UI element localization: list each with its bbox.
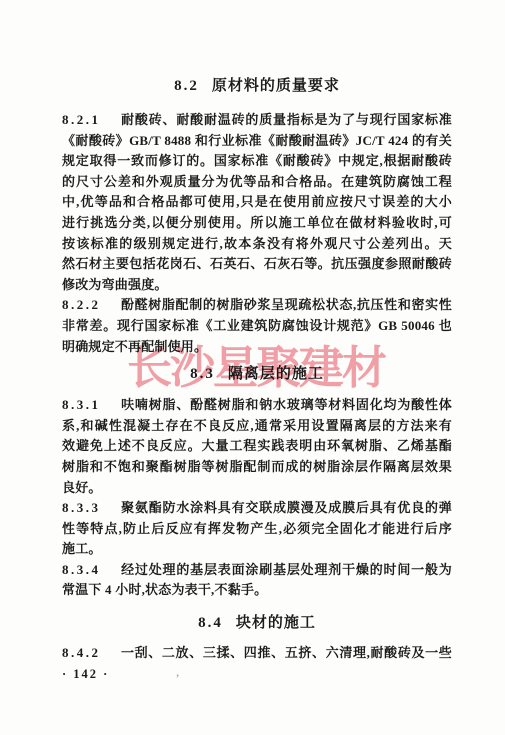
section-title: 块材的施工 [236, 615, 316, 631]
page-number: · 142 · [62, 665, 452, 683]
text-line: 8.3.3聚氨酯防水涂料具有交联成膜漫及成膜后具有优良的弹 [62, 498, 452, 519]
line-text: 耐酸砖、耐酸耐温砖的质量指标是为了与现行国家标准 [121, 112, 453, 127]
text-line: 修改为弯曲强度。 [62, 275, 452, 296]
section-title: 原材料的质量要求 [212, 78, 340, 94]
paragraph: 8.2.2酚醛树脂配制的树脂砂浆呈现疏松状态,抗压性和密实性非常差。现行国家标准… [62, 295, 452, 357]
text-line: 效避免上述不良反应。大量工程实践表明由环氧树脂、乙烯基酯 [62, 436, 452, 457]
section-heading: 8.3隔离层的施工 [62, 364, 452, 385]
section-heading: 8.4块材的施工 [62, 613, 452, 634]
line-text: 效避免上述不良反应。大量工程实践表明由环氧树脂、乙烯基酯 [62, 438, 452, 453]
text-line: 8.4.2一刮、二放、三揉、四推、五挤、六清理,耐酸砖及一些薄型 [62, 643, 452, 664]
line-text: 经过处理的基层表面涂刷基层处理剂干燥的时间一般为 [121, 562, 453, 577]
line-text: 按该标准的级别规定进行,故本条没有将外观尺寸公差列出。天 [62, 236, 452, 251]
line-text: 施工。 [62, 541, 102, 556]
text-line: 8.3.4经过处理的基层表面涂刷基层处理剂干燥的时间一般为 [62, 560, 452, 581]
paragraph: 8.3.4经过处理的基层表面涂刷基层处理剂干燥的时间一般为常温下 4 小时,状态… [62, 560, 452, 601]
text-line: 非常差。现行国家标准《工业建筑防腐蚀设计规范》GB 50046 也 [62, 316, 452, 337]
line-text: 进行挑选分类,以便分别使用。所以施工单位在做材料验收时,可 [62, 215, 452, 230]
text-line: 规定取得一致而修订的。国家标准《耐酸砖》中规定,根据耐酸砖 [62, 151, 452, 172]
paragraph: 8.2.1耐酸砖、耐酸耐温砖的质量指标是为了与现行国家标准《耐酸砖》GB/T 8… [62, 110, 452, 295]
line-text: 系,和碱性混凝土存在不良反应,通常采用设置隔离层的方法来有 [62, 418, 452, 433]
section-number: 8.4 [198, 615, 223, 631]
page-body: 8.2原材料的质量要求8.2.1耐酸砖、耐酸耐温砖的质量指标是为了与现行国家标准… [62, 76, 452, 683]
line-text: 明确规定不再配制使用。 [62, 339, 207, 354]
line-text: 良好。 [62, 480, 102, 495]
text-line: 明确规定不再配制使用。 [62, 337, 452, 358]
line-text: 呋喃树脂、酚醛树脂和钠水玻璃等材料固化均为酸性体 [121, 397, 453, 412]
section-number: 8.2 [174, 78, 199, 94]
text-line: 8.2.2酚醛树脂配制的树脂砂浆呈现疏松状态,抗压性和密实性 [62, 295, 452, 316]
line-text: 聚氨酯防水涂料具有交联成膜漫及成膜后具有优良的弹 [121, 500, 453, 515]
text-line: 系,和碱性混凝土存在不良反应,通常采用设置隔离层的方法来有 [62, 416, 452, 437]
line-text: 的尺寸公差和外观质量分为优等品和合格品。在建筑防腐蚀工程 [62, 174, 452, 189]
line-text: 中,优等品和合格品都可使用,只是在使用前应按尺寸误差的大小 [62, 194, 452, 209]
text-line: 良好。 [62, 478, 452, 499]
clause-number: 8.3.4 [62, 562, 101, 577]
text-line: 性等特点,防止后反应有挥发物产生,必须完全固化才能进行后序 [62, 519, 452, 540]
line-text: 《耐酸砖》GB/T 8488 和行业标准《耐酸耐温砖》JC/T 424 的有关 [62, 133, 452, 148]
line-text: 树脂和不饱和聚酯树脂等树脂配制而成的树脂涂层作隔离层效果 [62, 459, 452, 474]
clause-number: 8.3.1 [62, 397, 101, 412]
clause-number: 8.4.2 [62, 645, 101, 660]
section-heading: 8.2原材料的质量要求 [62, 76, 452, 97]
line-text: 规定取得一致而修订的。国家标准《耐酸砖》中规定,根据耐酸砖 [62, 153, 452, 168]
text-line: 施工。 [62, 539, 452, 560]
line-text: 酚醛树脂配制的树脂砂浆呈现疏松状态,抗压性和密实性 [121, 297, 453, 312]
text-line: 常温下 4 小时,状态为表干,不黏手。 [62, 580, 452, 601]
text-line: 按该标准的级别规定进行,故本条没有将外观尺寸公差列出。天 [62, 234, 452, 255]
clause-number: 8.2.2 [62, 297, 101, 312]
section-number: 8.3 [190, 366, 215, 382]
scan-artifact-mark: , [176, 664, 179, 680]
scanned-book-page: 8.2原材料的质量要求8.2.1耐酸砖、耐酸耐温砖的质量指标是为了与现行国家标准… [0, 0, 505, 735]
text-line: 的尺寸公差和外观质量分为优等品和合格品。在建筑防腐蚀工程 [62, 172, 452, 193]
line-text: 常温下 4 小时,状态为表干,不黏手。 [62, 582, 267, 597]
line-text: 性等特点,防止后反应有挥发物产生,必须完全固化才能进行后序 [62, 521, 452, 536]
clause-number: 8.2.1 [62, 112, 101, 127]
paragraph: 8.3.1呋喃树脂、酚醛树脂和钠水玻璃等材料固化均为酸性体系,和碱性混凝土存在不… [62, 395, 452, 498]
section-title: 隔离层的施工 [228, 366, 324, 382]
text-line: 8.2.1耐酸砖、耐酸耐温砖的质量指标是为了与现行国家标准 [62, 110, 452, 131]
text-line: 《耐酸砖》GB/T 8488 和行业标准《耐酸耐温砖》JC/T 424 的有关 [62, 131, 452, 152]
text-line: 树脂和不饱和聚酯树脂等树脂配制而成的树脂涂层作隔离层效果 [62, 457, 452, 478]
line-text: 修改为弯曲强度。 [62, 277, 168, 292]
line-text: 然石材主要包括花岗石、石英石、石灰石等。抗压强度参照耐酸砖 [62, 256, 452, 271]
text-line: 然石材主要包括花岗石、石英石、石灰石等。抗压强度参照耐酸砖 [62, 254, 452, 275]
paragraph: 8.3.3聚氨酯防水涂料具有交联成膜漫及成膜后具有优良的弹性等特点,防止后反应有… [62, 498, 452, 560]
line-text: 非常差。现行国家标准《工业建筑防腐蚀设计规范》GB 50046 也 [62, 318, 452, 333]
text-line: 8.3.1呋喃树脂、酚醛树脂和钠水玻璃等材料固化均为酸性体 [62, 395, 452, 416]
text-line: 中,优等品和合格品都可使用,只是在使用前应按尺寸误差的大小 [62, 192, 452, 213]
clause-number: 8.3.3 [62, 500, 101, 515]
paragraph: 8.4.2一刮、二放、三揉、四推、五挤、六清理,耐酸砖及一些薄型 [62, 643, 452, 664]
text-line: 进行挑选分类,以便分别使用。所以施工单位在做材料验收时,可 [62, 213, 452, 234]
line-text: 一刮、二放、三揉、四推、五挤、六清理,耐酸砖及一些薄型 [62, 645, 452, 664]
